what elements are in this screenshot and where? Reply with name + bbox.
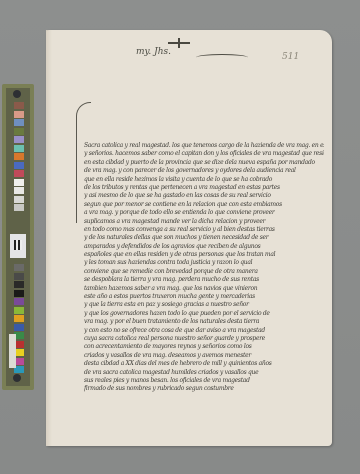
strip-label [9, 334, 16, 368]
color-calibration-strip [2, 84, 34, 390]
color-swatch [14, 179, 24, 186]
color-swatch [14, 264, 24, 271]
color-swatch [14, 136, 24, 143]
color-swatch [14, 290, 24, 297]
manuscript-line: en todo como mas convenga a su real serv… [84, 226, 324, 234]
manuscript-line: criados y vasallos de vra mag. deseamos … [84, 352, 324, 360]
color-swatch [14, 298, 24, 305]
manuscript-line: de vra sacra catolica magestad humildes … [84, 369, 324, 377]
color-swatch [14, 153, 24, 160]
color-swatch [14, 273, 24, 280]
color-swatch [14, 281, 24, 288]
color-swatch [14, 196, 24, 203]
manuscript-line: suplicamos a vra magestad mande ver la d… [84, 218, 324, 226]
color-swatch [14, 145, 24, 152]
manuscript-line: y de los naturales dellas que son muchos… [84, 234, 324, 242]
color-swatch [14, 204, 24, 211]
manuscript-line: de los tributos y rentas que pertenecen … [84, 184, 324, 192]
manuscript-line: sus reales pies y manos besan. los ofici… [84, 377, 324, 385]
color-swatch [14, 307, 24, 314]
header-invocation: my. Jhs. [136, 47, 171, 57]
color-swatch [14, 324, 24, 331]
manuscript-line: en esta cibdad y puerto de la provincia … [84, 159, 324, 167]
manuscript-line: cuya sacra catolica real persona nuestro… [84, 335, 324, 343]
cross-mark-icon [168, 42, 190, 44]
manuscript-line: firmado de sus nombres y rubricado segun… [84, 385, 259, 393]
color-swatch [14, 128, 24, 135]
manuscript-line: conviene que se remedie con brevedad por… [84, 268, 324, 276]
manuscript-line: y con esto no se ofrece otra cosa de que… [84, 327, 324, 335]
manuscript-line: segun que por menor se contiene en la re… [84, 201, 324, 209]
manuscript-line: que en ella reside hezimos la visita y c… [84, 176, 324, 184]
manuscript-line: de vra mag. y con parecer de los governa… [84, 167, 324, 175]
strip-hole-icon [13, 374, 21, 382]
manuscript-line: se despoblara la tierra y vra mag. perde… [84, 276, 324, 284]
manuscript-line: Sacra catolica y real magestad. los que … [84, 142, 324, 150]
manuscript-line: con acrecentamiento de mayores reynos y … [84, 343, 324, 351]
manuscript-line: y les toman sus haziendas contra toda ju… [84, 259, 324, 267]
flourish-decoration [196, 54, 248, 61]
manuscript-line: y señorios. hacemos saber como el capita… [84, 150, 324, 158]
folio-number: 511 [282, 52, 299, 62]
manuscript-line: vra mag. y por el buen tratamiento de lo… [84, 318, 324, 326]
manuscript-line: tambien hazemos saber a vra mag. que los… [84, 285, 324, 293]
manuscript-line: y que los governadores hazen todo lo que… [84, 310, 324, 318]
manuscript-line: y asi mesmo de lo que se ha gastado en l… [84, 192, 324, 200]
strip-hole-icon [13, 90, 21, 98]
resolution-target [10, 234, 26, 258]
manuscript-line: este año a estos puertos truxeron mucha … [84, 293, 324, 301]
color-swatch [14, 111, 24, 118]
manuscript-line: amparados y defendidos de los agravios q… [84, 243, 324, 251]
manuscript-line: y que la tierra esta en paz y sosiego gr… [84, 301, 324, 309]
manuscript-page: my. Jhs. 511 Sacra catolica y real mages… [46, 30, 332, 446]
manuscript-line: españoles que en ellas residen y de otra… [84, 251, 324, 259]
manuscript-body: Sacra catolica y real magestad. los que … [84, 142, 324, 394]
color-swatch [14, 187, 24, 194]
color-swatch [14, 170, 24, 177]
manuscript-line: a vra mag. y porque de todo ello se enti… [84, 209, 324, 217]
color-swatch [14, 102, 24, 109]
color-swatch [14, 119, 24, 126]
manuscript-line: desta cibdad a XX dias del mes de hebrer… [84, 360, 324, 368]
color-swatch [14, 162, 24, 169]
color-swatch [14, 315, 24, 322]
